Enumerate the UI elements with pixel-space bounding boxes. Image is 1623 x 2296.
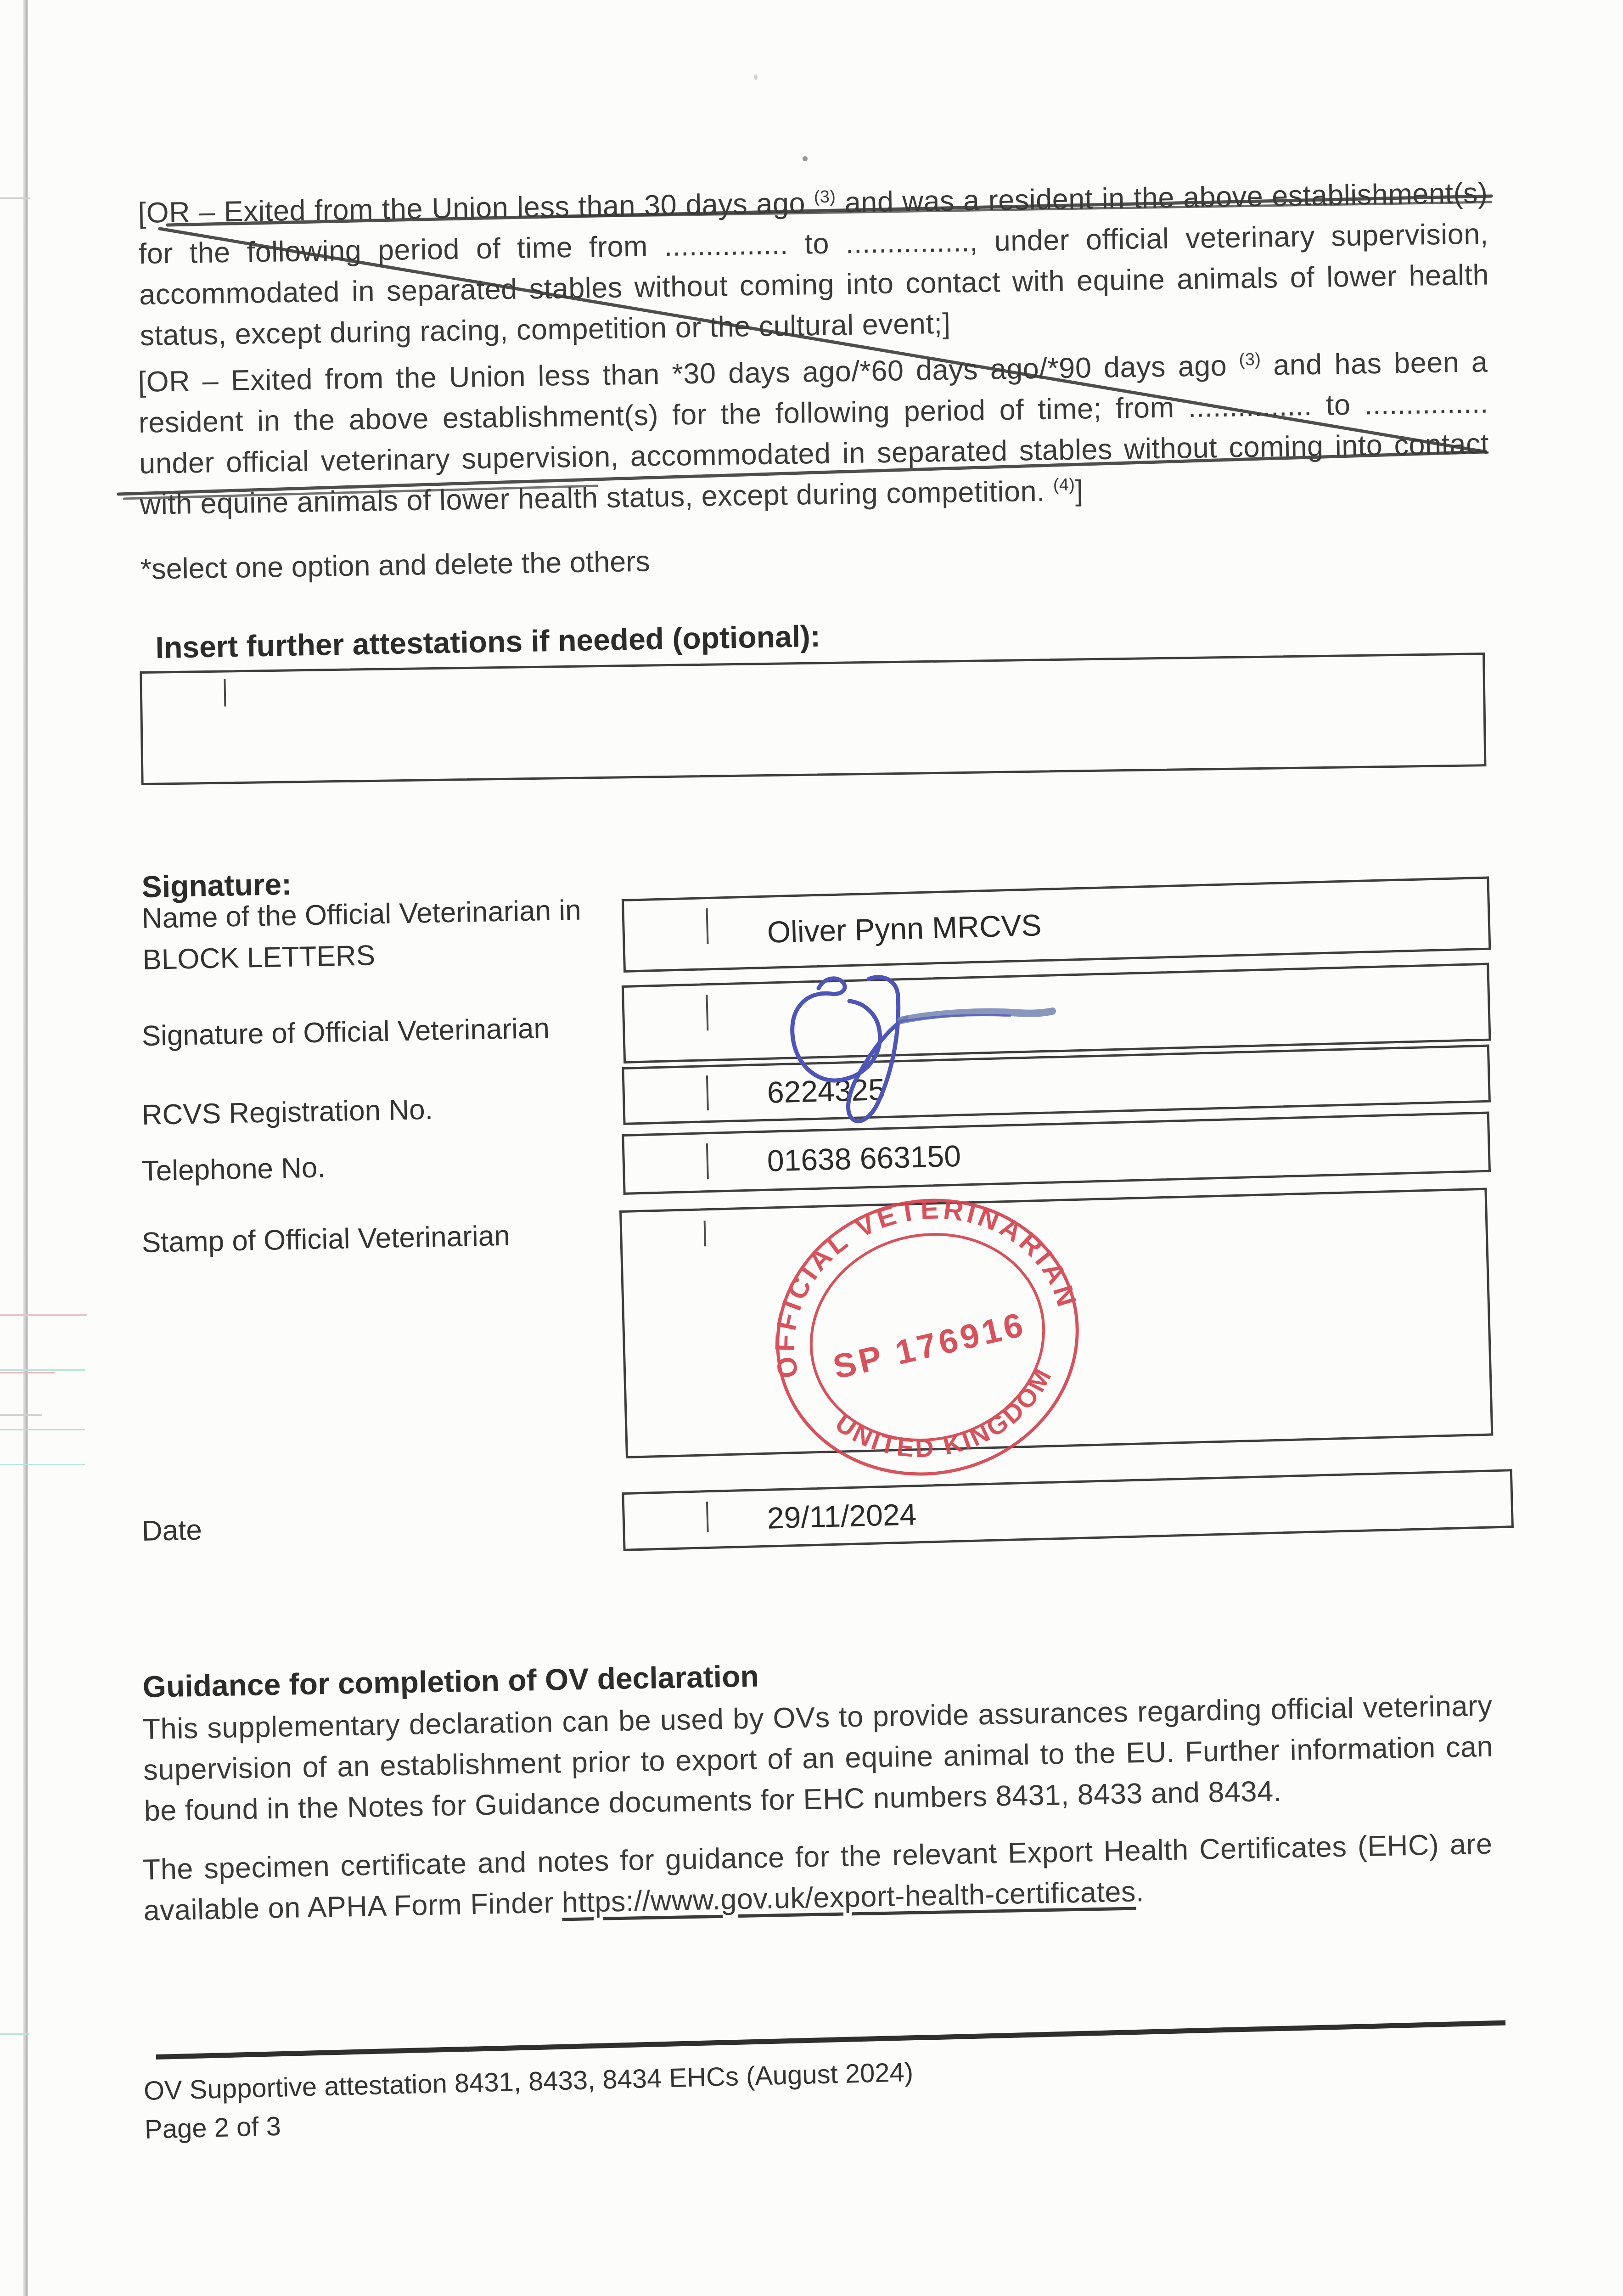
paper-edge-line-core xyxy=(26,0,28,2296)
option2-paragraph: [OR – Exited from the Union less than *3… xyxy=(138,342,1490,525)
name-value: Oliver Pynn MRCVS xyxy=(624,907,1042,953)
footer-rule xyxy=(156,2020,1505,2060)
cell-divider-tick xyxy=(224,679,226,706)
footer: OV Supportive attestation 8431, 8433, 84… xyxy=(143,2053,915,2149)
stamp-value xyxy=(625,1331,767,1334)
scan-speck xyxy=(803,156,808,161)
scan-artifact xyxy=(0,1372,55,1373)
scan-artifact xyxy=(0,1464,85,1465)
handwritten-signature xyxy=(735,955,1102,1148)
cell-divider-tick xyxy=(704,1221,706,1246)
stamp-center-text: SP 176916 xyxy=(830,1305,1030,1386)
scan-artifact xyxy=(0,1314,87,1316)
scan-artifact xyxy=(0,1429,85,1430)
scan-artifact xyxy=(0,1414,42,1416)
select-option-note: *select one option and delete the others xyxy=(140,545,650,586)
scan-artifact xyxy=(0,2033,29,2035)
official-veterinarian-stamp: OFFICIAL VETERINARIAN UNITED KINGDOM SP … xyxy=(762,1186,1093,1489)
cell-divider-tick xyxy=(706,995,708,1030)
scan-artifact xyxy=(0,197,30,199)
attestations-value xyxy=(142,672,285,708)
ehc-availability-suffix: . xyxy=(1135,1875,1144,1908)
export-health-certificates-link[interactable]: https://www.gov.uk/export-health-certifi… xyxy=(562,1875,1136,1919)
attestations-input-box[interactable] xyxy=(140,653,1486,785)
signature-stroke xyxy=(792,979,880,1080)
date-value: 29/11/2024 xyxy=(624,1497,917,1539)
scan-speck xyxy=(754,74,758,80)
scan-artifact xyxy=(0,1369,85,1371)
guidance-heading: Guidance for completion of OV declaratio… xyxy=(142,1659,759,1704)
option1-paragraph: [OR – Exited from the Union less than 30… xyxy=(138,173,1490,356)
ehc-availability-paragraph: The specimen certificate and notes for g… xyxy=(142,1824,1494,1931)
scanned-document-page: [OR – Exited from the Union less than 30… xyxy=(0,0,1623,2296)
attestations-heading: Insert further attestations if needed (o… xyxy=(155,619,821,665)
guidance-paragraph: This supplementary declaration can be us… xyxy=(142,1686,1494,1832)
